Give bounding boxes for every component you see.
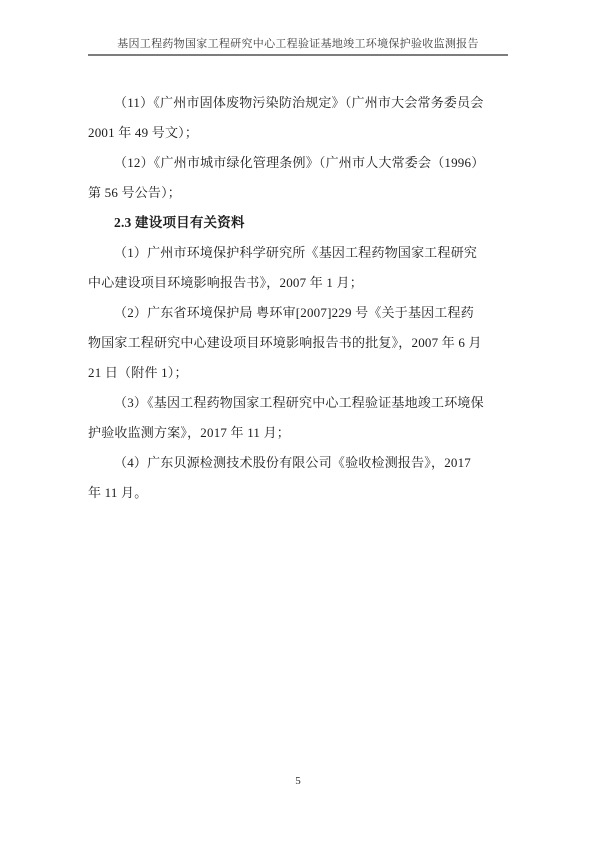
paragraph: （1）广州市环境保护科学研究所《基因工程药物国家工程研究中心建设项目环境影响报告… [88,238,512,298]
text-line: （3）《基因工程药物国家工程研究中心工程验证基地竣工环境保 [88,388,512,418]
text-line: 2001 年 49 号文）； [88,118,512,148]
text-line: 护验收监测方案》，2017 年 11 月； [88,418,512,448]
text-line: （1）广州市环境保护科学研究所《基因工程药物国家工程研究 [88,238,512,268]
document-body: （11）《广州市固体废物污染防治规定》（广州市大会常务委员会2001 年 49 … [88,88,512,508]
header-title: 基因工程药物国家工程研究中心工程验证基地竣工环境保护验收监测报告 [117,38,479,50]
text-line: （4）广东贝源检测技术股份有限公司《验收检测报告》，2017 [88,448,512,478]
section-heading: 2.3 建设项目有关资料 [88,208,512,238]
paragraph: （2）广东省环境保护局 粤环审[2007]229 号《关于基因工程药物国家工程研… [88,298,512,388]
document-page: 基因工程药物国家工程研究中心工程验证基地竣工环境保护验收监测报告 （11）《广州… [0,0,596,842]
text-line: 物国家工程研究中心建设项目环境影响报告书的批复》，2007 年 6 月 [88,328,512,358]
text-line: 中心建设项目环境影响报告书》，2007 年 1 月； [88,268,512,298]
text-line: 年 11 月。 [88,478,512,508]
text-line: 2.3 建设项目有关资料 [88,208,512,238]
paragraph: （4）广东贝源检测技术股份有限公司《验收检测报告》，2017年 11 月。 [88,448,512,508]
paragraph: （11）《广州市固体废物污染防治规定》（广州市大会常务委员会2001 年 49 … [88,88,512,148]
text-line: 第 56 号公告）； [88,178,512,208]
text-line: （2）广东省环境保护局 粤环审[2007]229 号《关于基因工程药 [88,298,512,328]
text-line: （11）《广州市固体废物污染防治规定》（广州市大会常务委员会 [88,88,512,118]
paragraph: （3）《基因工程药物国家工程研究中心工程验证基地竣工环境保护验收监测方案》，20… [88,388,512,448]
page-footer: 5 [0,774,596,788]
text-line: 21 日（附件 1）； [88,358,512,388]
text-line: （12）《广州市城市绿化管理条例》（广州市人大常委会（1996） [88,148,512,178]
page-header: 基因工程药物国家工程研究中心工程验证基地竣工环境保护验收监测报告 [88,37,508,56]
page-number: 5 [295,775,301,787]
paragraph: （12）《广州市城市绿化管理条例》（广州市人大常委会（1996）第 56 号公告… [88,148,512,208]
